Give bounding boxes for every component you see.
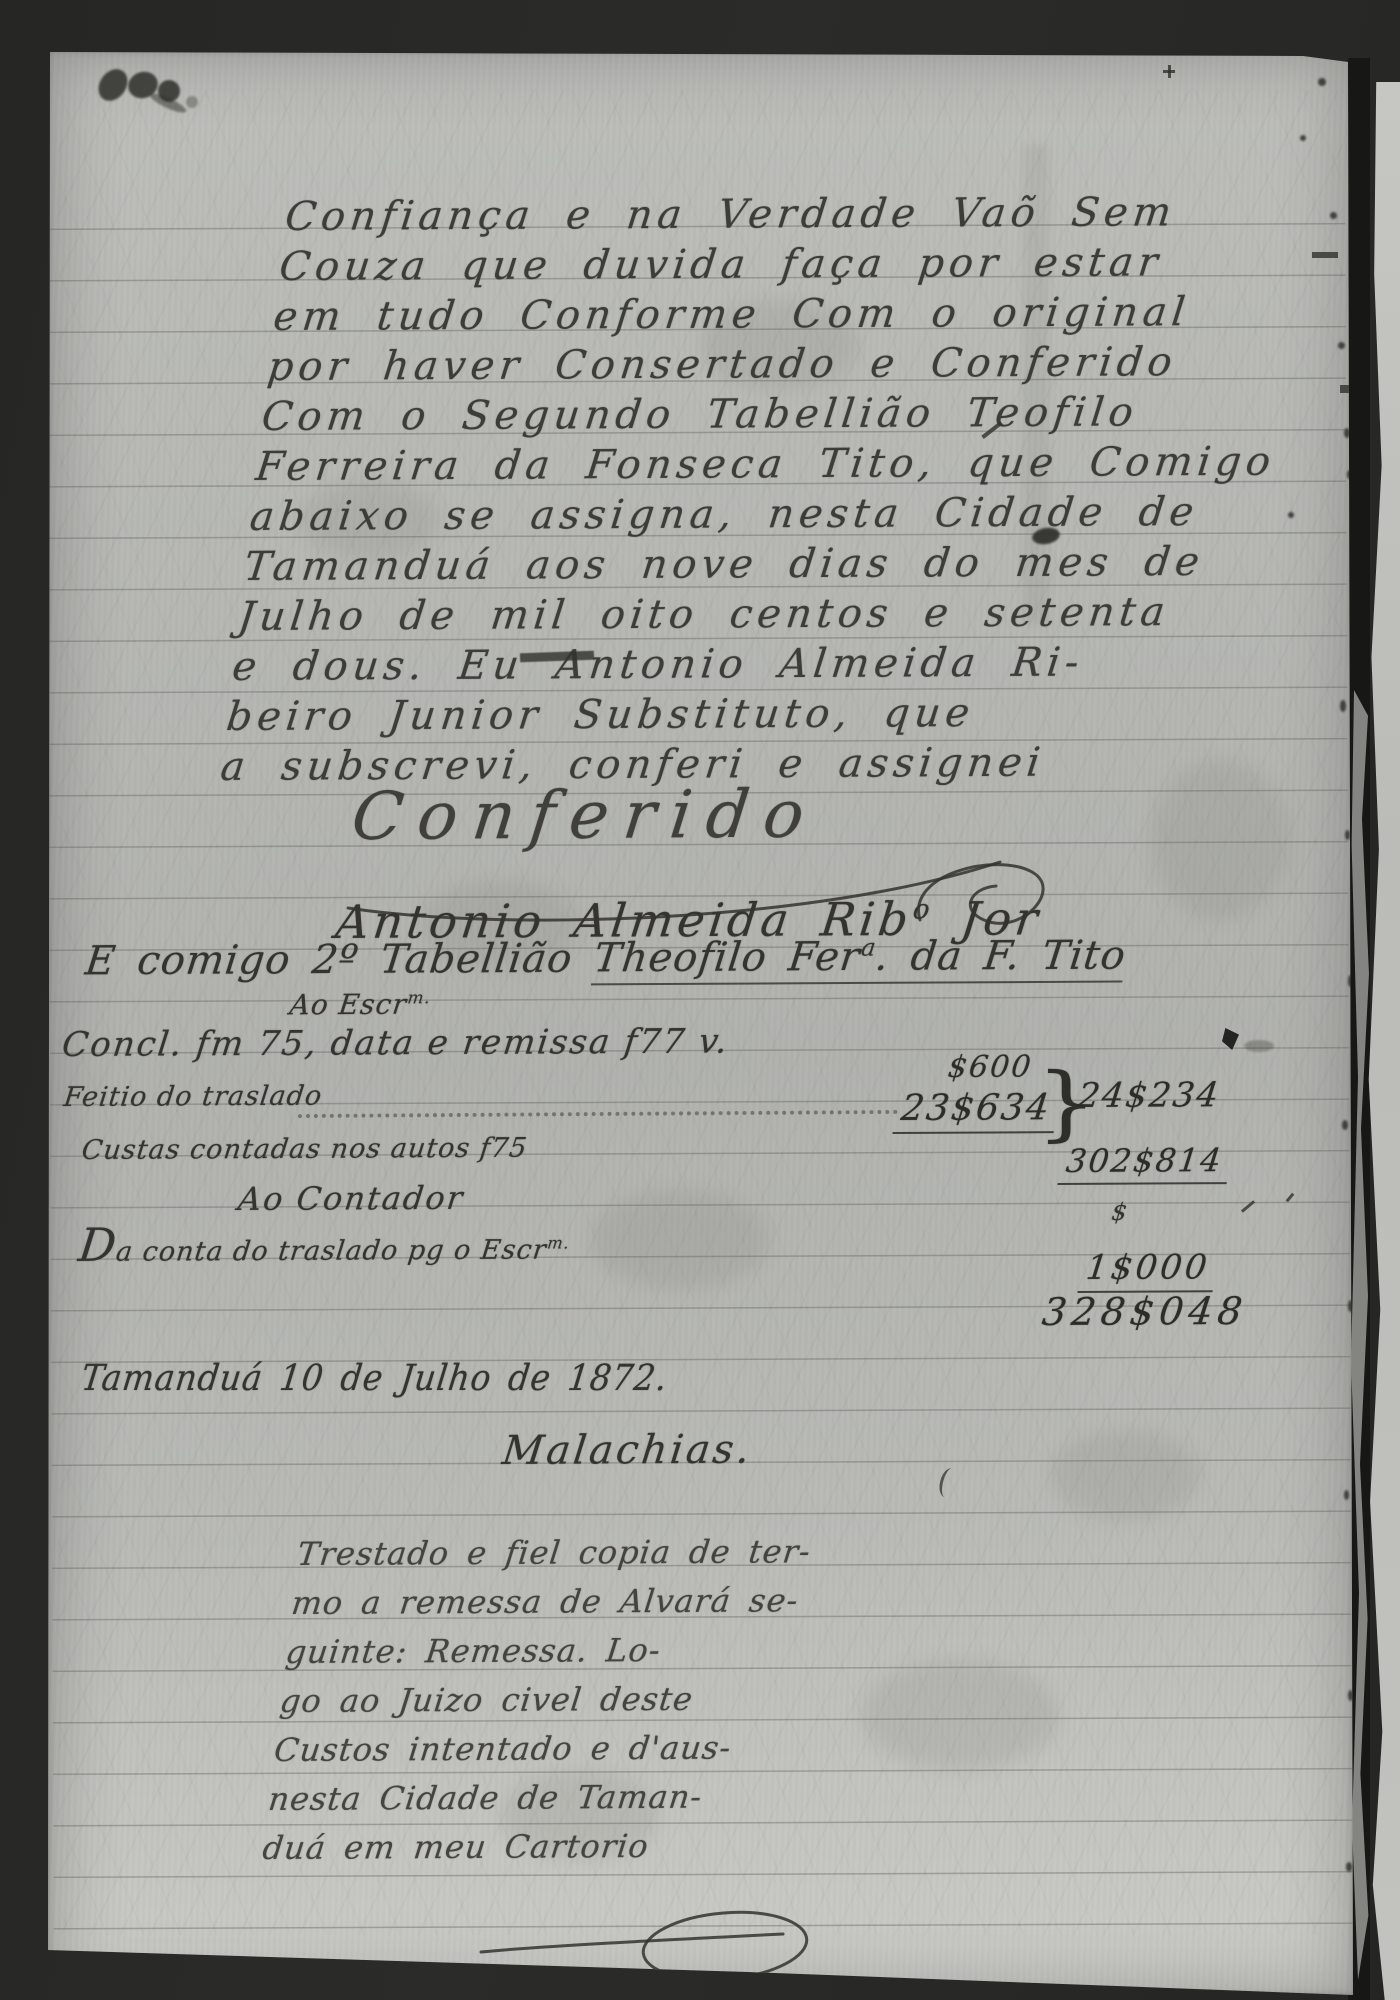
signature-paraph: [898, 848, 1078, 943]
text-line: por haver Consertado e Conferido: [265, 337, 1290, 392]
text-line: mo a remessa de Alvará se-: [289, 1576, 808, 1628]
text-line: Com o Segundo Tabellião Teofilo: [259, 387, 1284, 442]
ink-dot: [1288, 512, 1294, 518]
fee-row-label: Da conta do traslado pg o Escrm.: [76, 1215, 573, 1272]
text-line: e dous. Eu Antonio Almeida Ri-: [230, 637, 1255, 692]
cosign-line: E comigo 2º Tabellião Theofilo Fera. da …: [83, 933, 1129, 985]
fee-row-value: $600: [946, 1050, 1035, 1085]
stain: [590, 1190, 770, 1290]
edge-mark: [1318, 78, 1326, 86]
judge-signature: Malachias.: [500, 1427, 755, 1474]
text-line: Ferreira da Fonseca Tito, que Comigo: [253, 437, 1278, 492]
heading-text: Ao Escr: [288, 988, 409, 1022]
text-line: Confiança e na Verdade Vaõ Sem: [283, 187, 1308, 242]
ink-smudge: [186, 96, 198, 108]
text-line: Trestado e fiel copia de ter-: [295, 1527, 814, 1579]
brace-subtotal: 24$234: [1076, 1075, 1223, 1116]
ink-mark: [1168, 65, 1171, 78]
label-sup: m.: [546, 1233, 571, 1252]
edge-mark: [1342, 1120, 1348, 1130]
fee-row-value: 302$814: [1058, 1141, 1231, 1180]
closing-paragraph: Trestado e fiel copia de ter- mo a remes…: [260, 1527, 814, 1873]
text-line: Tamanduá aos nove dias do mes de: [242, 537, 1267, 592]
edge-mark: [1312, 252, 1338, 258]
text-line: em tudo Conforme Com o original: [271, 287, 1296, 342]
text-line: Custos intentado e d'aus-: [272, 1723, 791, 1775]
closing-flourish: [473, 1888, 823, 2000]
fee-row-label: Feitio do traslado: [62, 1081, 324, 1113]
text-line: go ao Juizo civel deste: [277, 1674, 796, 1726]
stain: [860, 1660, 1060, 1770]
fees-total: 328$048: [1040, 1289, 1250, 1334]
label-text: Da conta do traslado pg o Escr: [76, 1235, 548, 1268]
edge-mark: [1340, 700, 1346, 712]
heading-sup: m.: [406, 987, 432, 1007]
text-line: beiro Junior Substituto, que: [224, 687, 1249, 742]
text-line: Couza que duvida faça por estar: [277, 237, 1302, 292]
section-heading-escrivao: Ao Escrm.: [288, 987, 432, 1021]
dateline: Tamanduá 10 de Julho de 1872.: [79, 1358, 670, 1399]
main-paragraph: Confiança e na Verdade Vaõ Sem Couza que…: [218, 187, 1307, 792]
text-line: Julho de mil oito centos e setenta: [236, 587, 1261, 642]
fee-row-value: 23$634: [893, 1087, 1059, 1129]
manuscript-page: Confiança e na Verdade Vaõ Sem Couza que…: [48, 50, 1353, 1995]
value-text: 1$000: [1077, 1247, 1218, 1293]
stain: [1050, 1430, 1200, 1520]
scanned-manuscript: Confiança e na Verdade Vaõ Sem Couza que…: [0, 0, 1400, 2000]
cosign-text: . da F. Tito: [873, 933, 1129, 980]
edge-mark: [1330, 212, 1337, 219]
cosign-text: E comigo 2º Tabellião: [83, 936, 597, 985]
edge-mark: [1300, 135, 1306, 141]
text-line: abaixo se assigna, nesta Cidade de: [247, 487, 1272, 542]
edge-mark: [1338, 342, 1345, 349]
fee-row-label: Concl. fm 75, data e remissa f77 v.: [60, 1022, 731, 1065]
value-text: 302$814: [1057, 1141, 1231, 1185]
edge-mark: [1345, 830, 1350, 840]
edge-mark: [1346, 1862, 1352, 1872]
text-line: duá em meu Cartorio: [260, 1821, 779, 1873]
fee-row-label: Custas contadas nos autos f75: [80, 1133, 529, 1166]
adjacent-page-fragment: [1366, 82, 1400, 2000]
text-line: guinte: Remessa. Lo-: [283, 1625, 802, 1677]
edge-mark: [1344, 1490, 1349, 1500]
cosign-underlined: Theofilo Fera. da F. Tito: [591, 933, 1128, 986]
section-heading-contador: Ao Contador: [236, 1179, 466, 1218]
cosign-text: Theofilo Fer: [592, 934, 863, 981]
fee-row-value: 1$000: [1078, 1247, 1218, 1288]
smudge: [1244, 1040, 1274, 1052]
value-text: 23$634: [892, 1087, 1059, 1134]
text-line: nesta Cidade de Taman-: [266, 1772, 785, 1824]
